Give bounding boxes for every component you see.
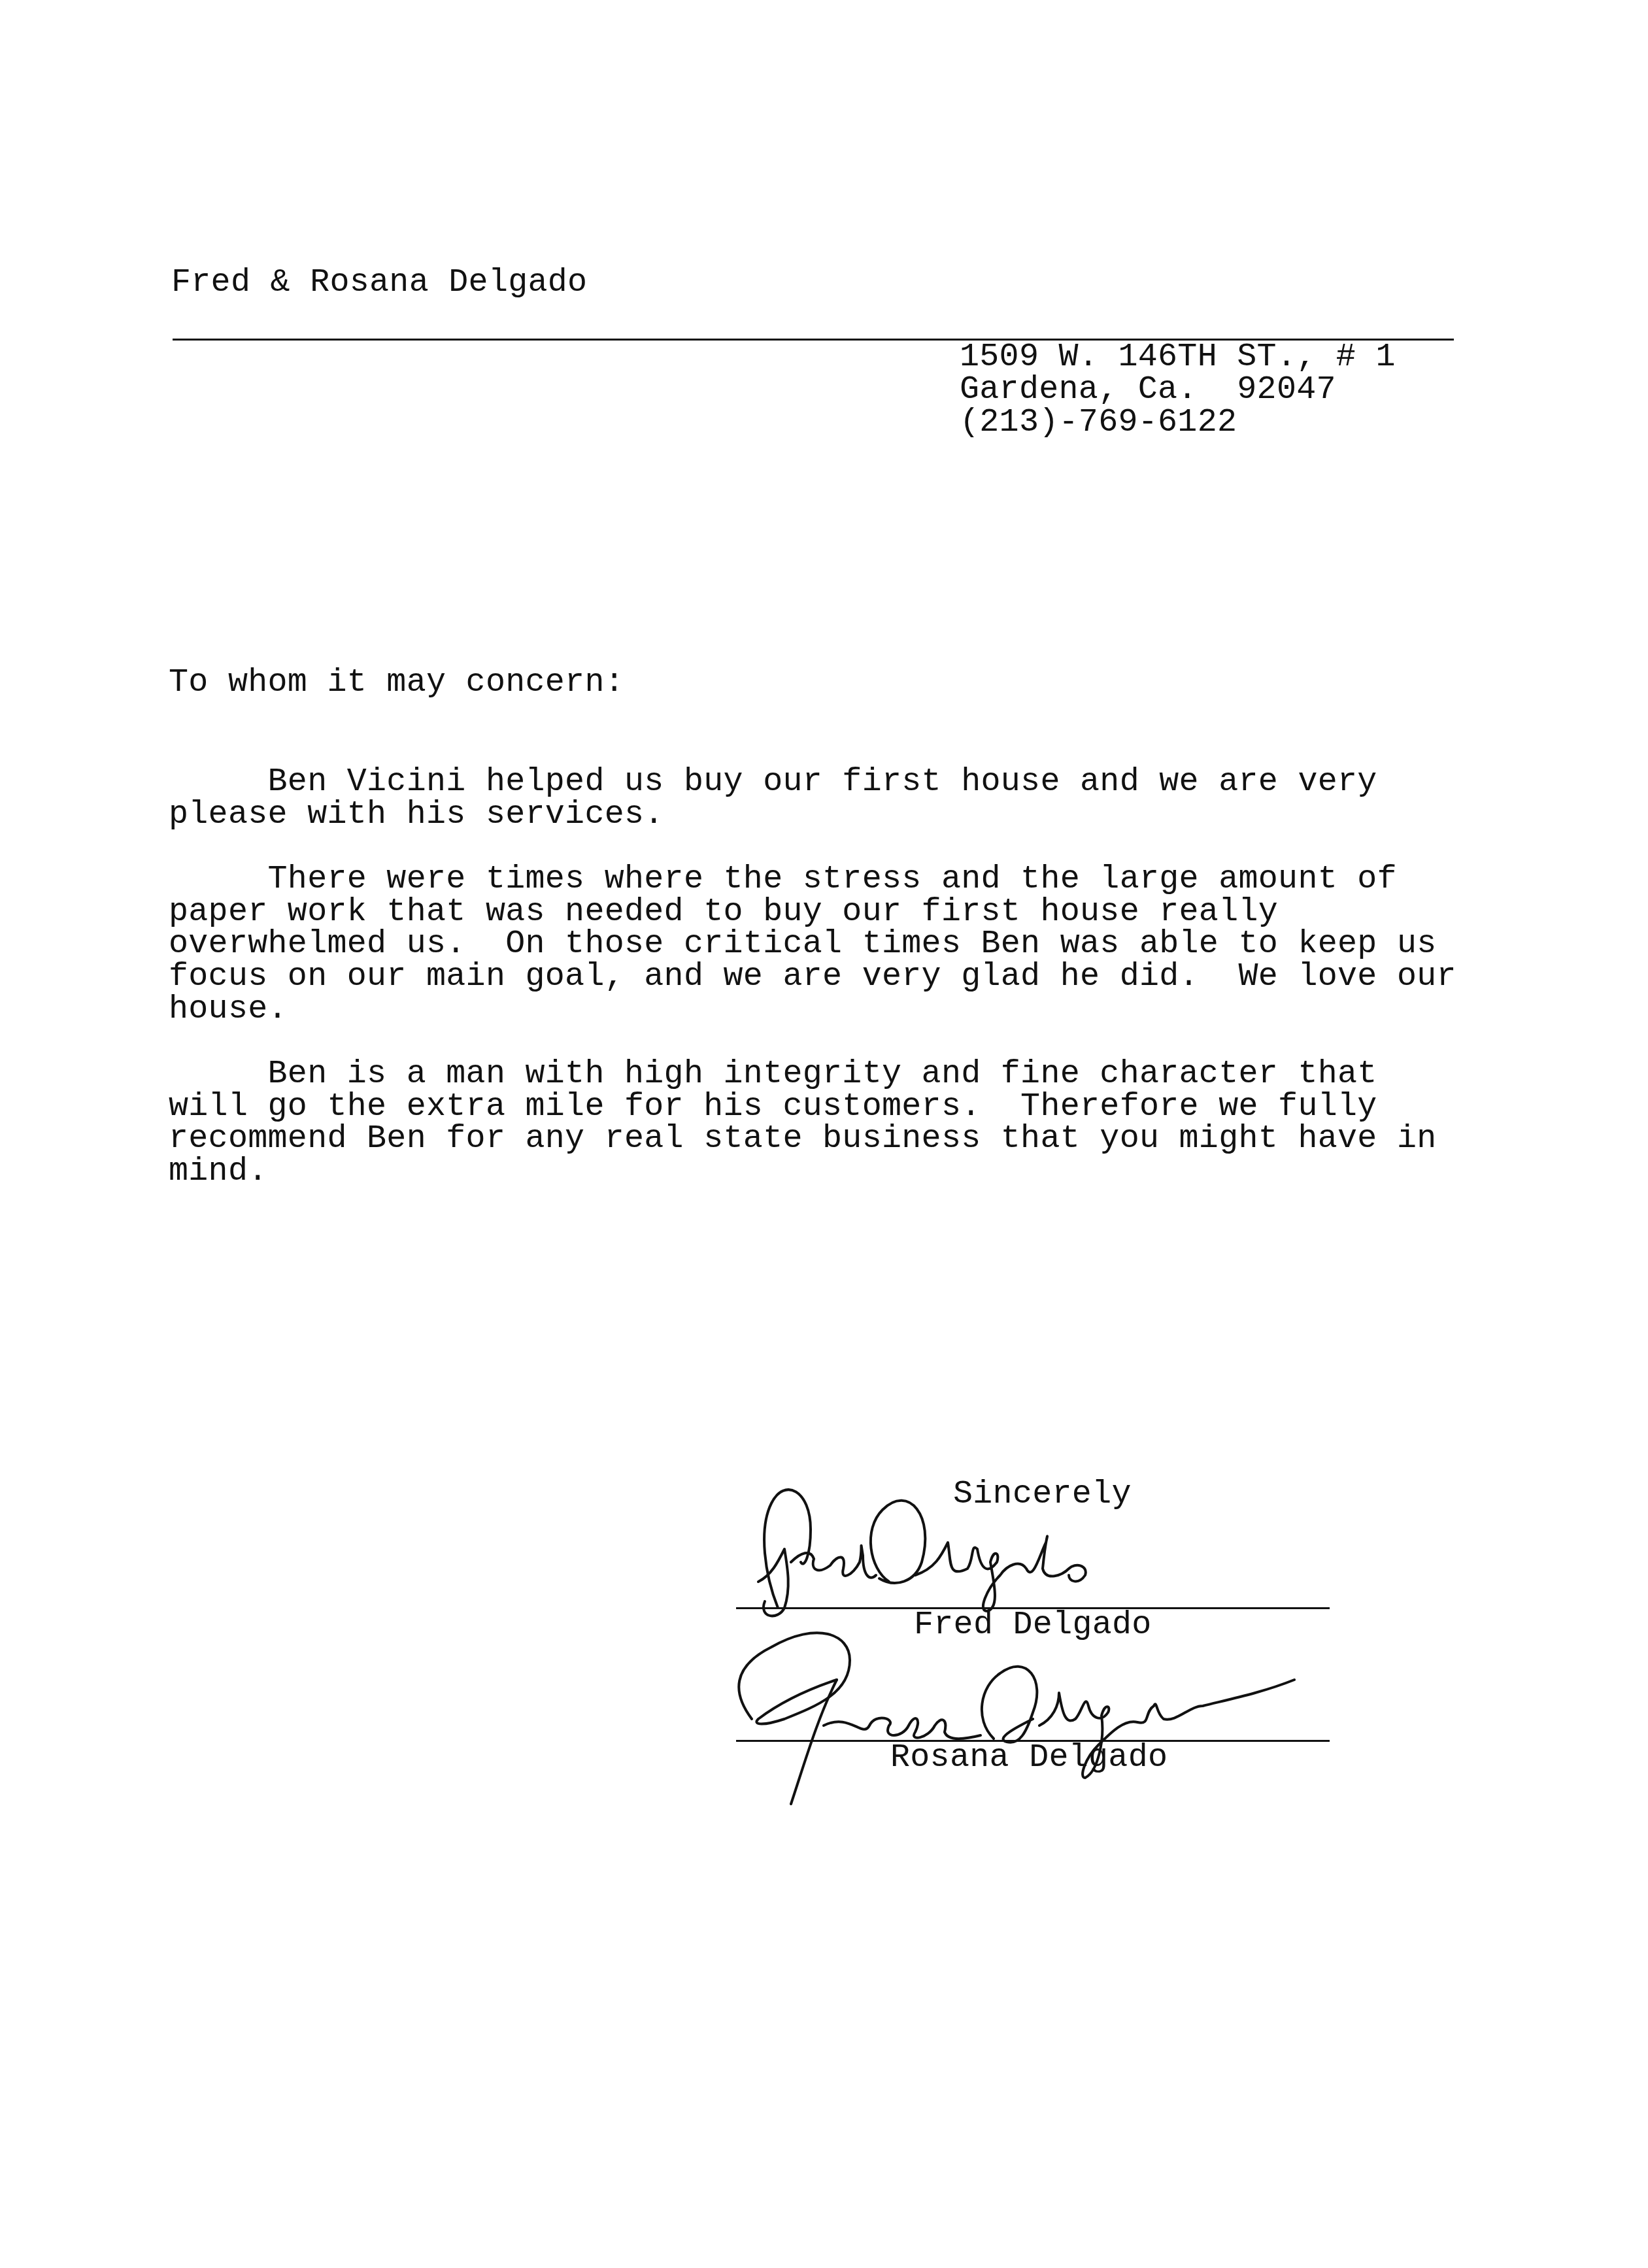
body-paragraph-2: There were times where the stress and th…: [169, 863, 1476, 1026]
body-paragraph-3: Ben is a man with high integrity and fin…: [169, 1058, 1476, 1188]
rosana-signature: [719, 1608, 1438, 1817]
body-line: focus on our main goal, and we are very …: [169, 961, 1476, 993]
body-line: mind.: [169, 1156, 1476, 1188]
body-line: house.: [169, 993, 1476, 1026]
body-line: There were times where the stress and th…: [169, 863, 1476, 896]
body-line: will go the extra mile for his customers…: [169, 1091, 1476, 1124]
body-line: recommend Ben for any real state busines…: [169, 1123, 1476, 1156]
address-line-phone: (213)-769-6122: [960, 407, 1237, 439]
address-line-city: Gardena, Ca. 92047: [960, 374, 1336, 407]
body-paragraph-1: Ben Vicini helped us buy our first house…: [169, 766, 1476, 831]
body-line: Ben is a man with high integrity and fin…: [169, 1058, 1476, 1091]
fred-signature: [739, 1477, 1392, 1627]
body-line: overwhelmed us. On those critical times …: [169, 928, 1476, 961]
body-line: please with his services.: [169, 799, 1476, 831]
address-line-street: 1509 W. 146TH ST., # 1: [960, 341, 1396, 374]
rosana-name: Rosana Delgado: [890, 1742, 1168, 1775]
salutation: To whom it may concern:: [169, 667, 624, 699]
body-line: paper work that was needed to buy our fi…: [169, 896, 1476, 929]
letterhead-names: Fred & Rosana Delgado: [171, 267, 587, 299]
body-line: Ben Vicini helped us buy our first house…: [169, 766, 1476, 799]
